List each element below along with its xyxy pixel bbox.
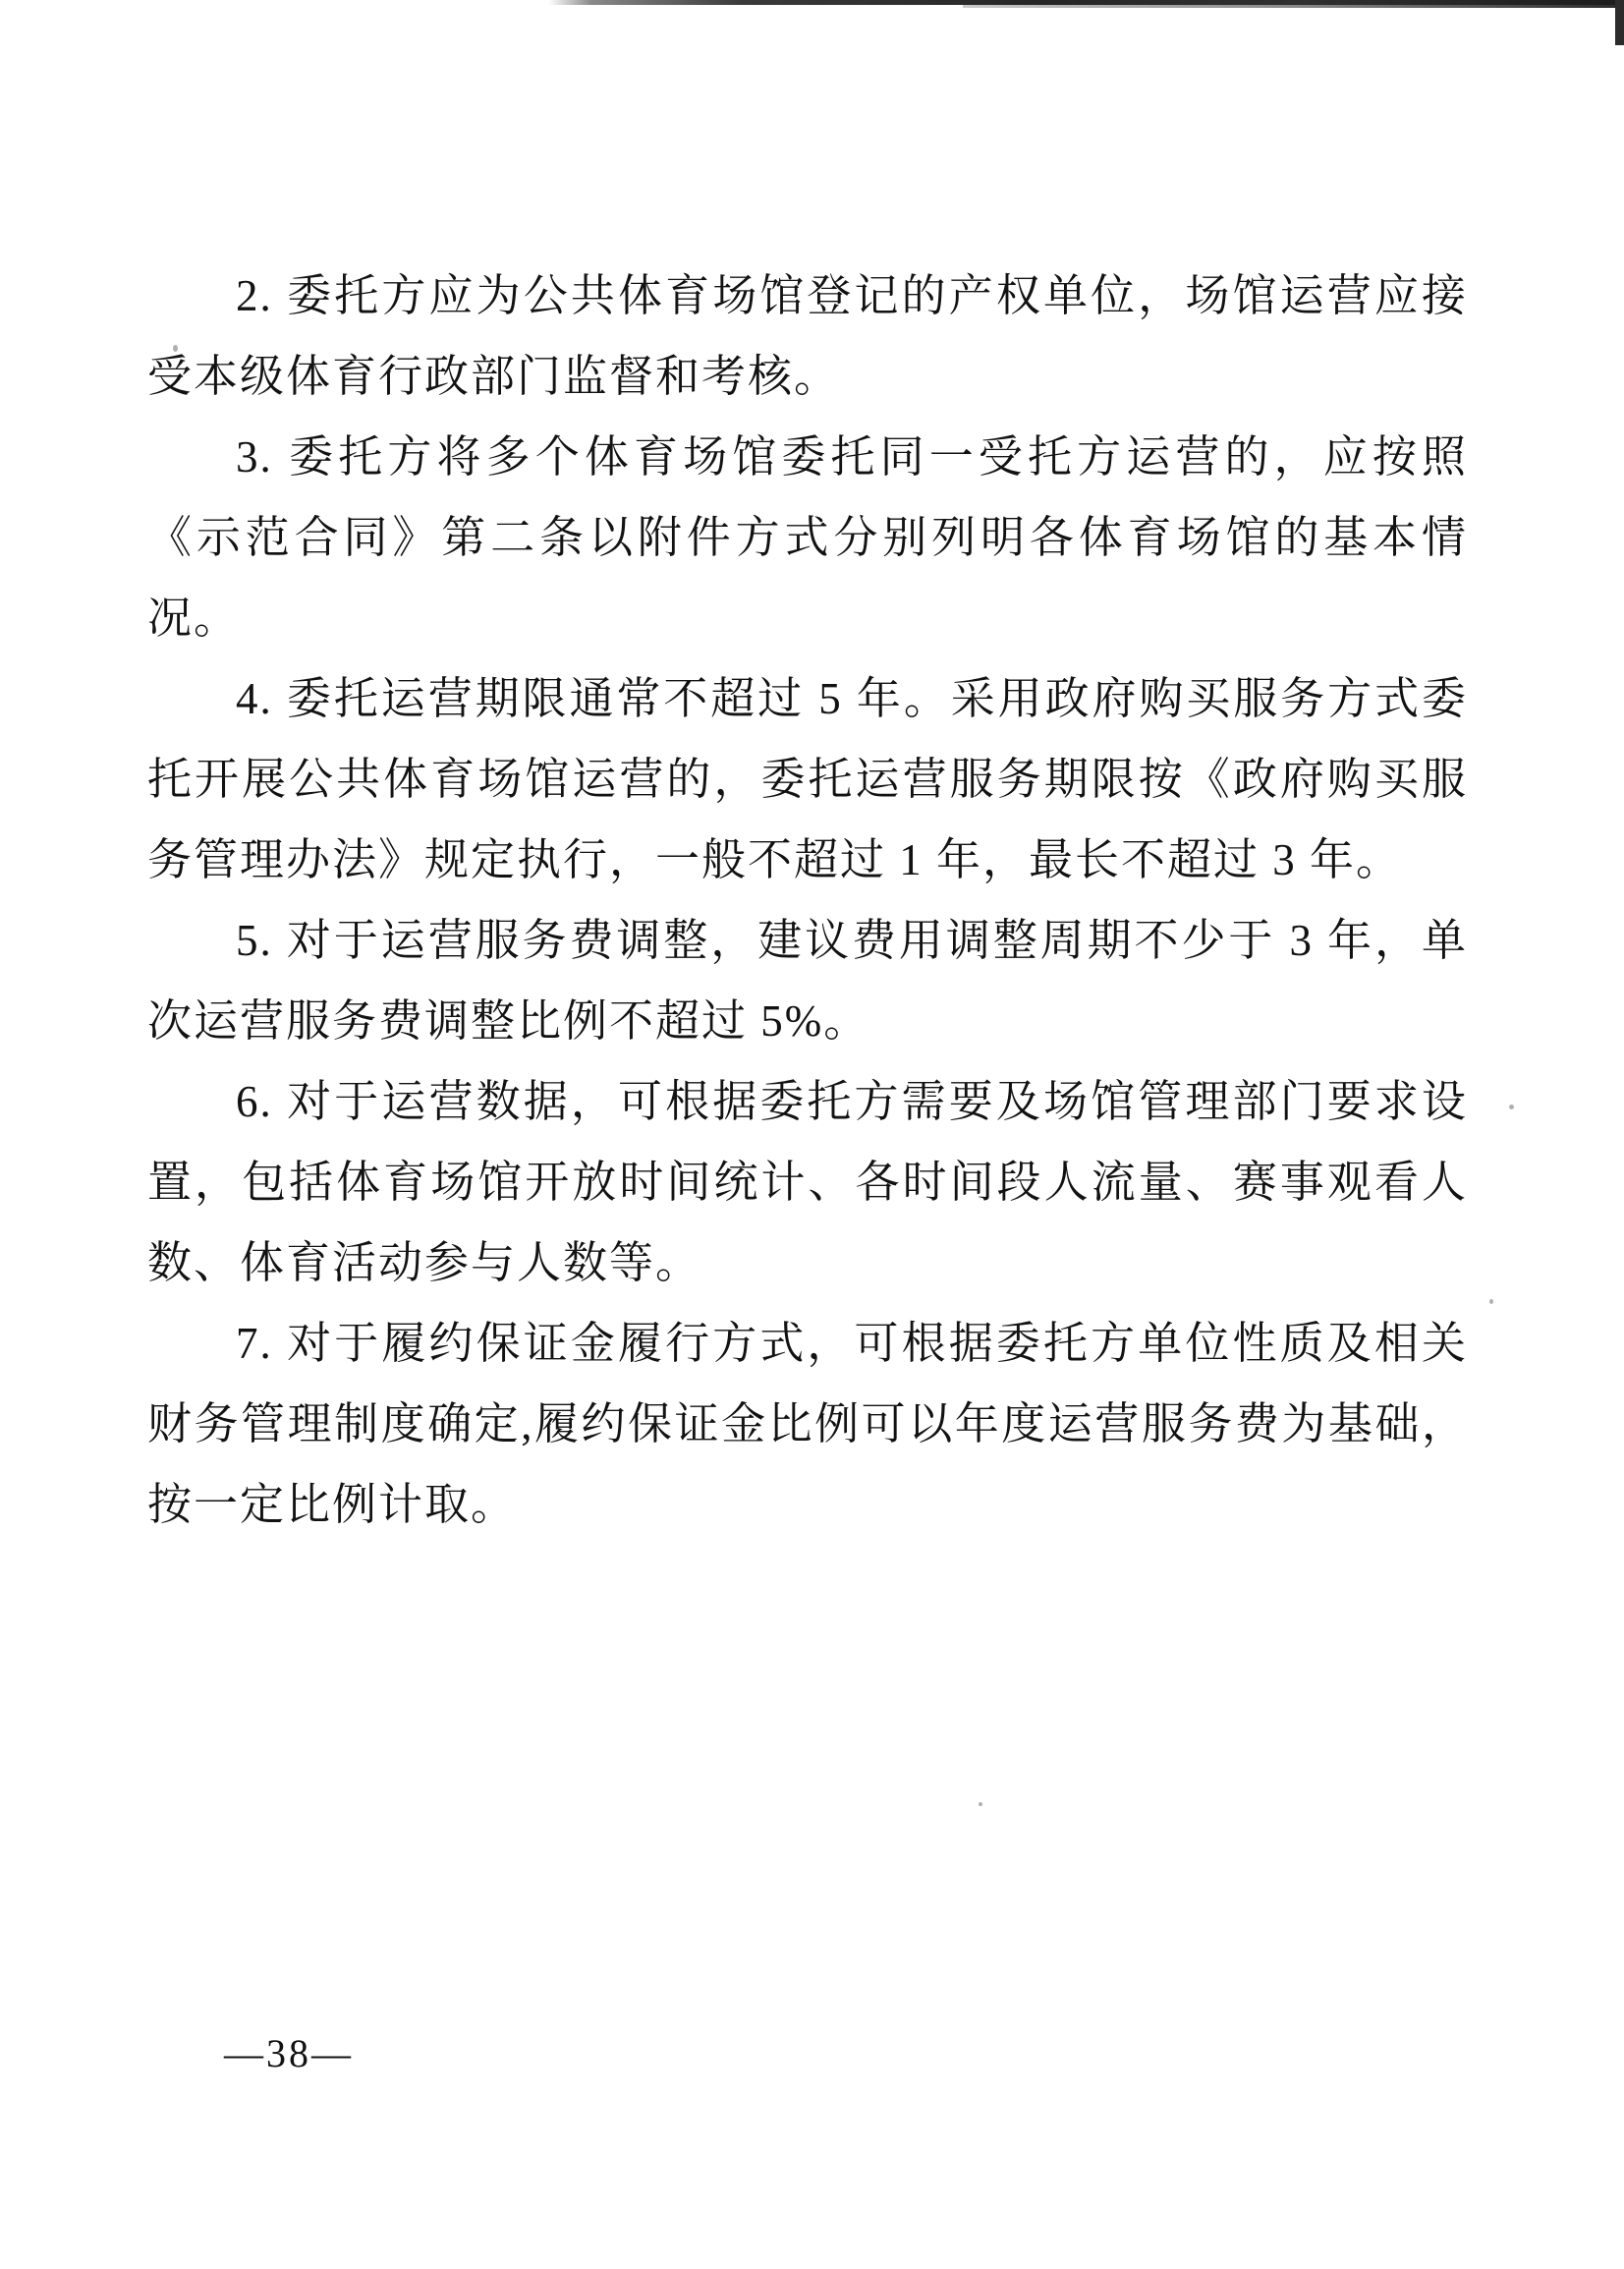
paragraph-clause-4: 4. 委托运营期限通常不超过 5 年。采用政府购买服务方式委托开展公共体育场馆运…	[147, 658, 1468, 900]
scan-artifact-top-right-corner	[1615, 0, 1624, 45]
scan-speck	[1509, 1105, 1514, 1109]
paragraph-clause-7: 7. 对于履约保证金履行方式，可根据委托方单位性质及相关财务管理制度确定,履约保…	[147, 1303, 1468, 1545]
page-number: —38—	[224, 2030, 354, 2076]
paragraph-clause-6: 6. 对于运营数据，可根据委托方需要及场馆管理部门要求设置，包括体育场馆开放时间…	[147, 1061, 1468, 1303]
paragraph-clause-2: 2. 委托方应为公共体育场馆登记的产权单位，场馆运营应接受本级体育行政部门监督和…	[147, 255, 1468, 417]
scan-artifact-top-line-secondary	[963, 5, 1624, 8]
document-page: 2. 委托方应为公共体育场馆登记的产权单位，场馆运营应接受本级体育行政部门监督和…	[0, 0, 1624, 2269]
body-text: 2. 委托方应为公共体育场馆登记的产权单位，场馆运营应接受本级体育行政部门监督和…	[147, 255, 1468, 1545]
paragraph-clause-5: 5. 对于运营服务费调整，建议费用调整周期不少于 3 年，单次运营服务费调整比例…	[147, 900, 1468, 1061]
paragraph-clause-3: 3. 委托方将多个体育场馆委托同一受托方运营的，应按照《示范合同》第二条以附件方…	[147, 417, 1468, 658]
scan-speck	[1489, 1299, 1493, 1304]
scan-speck	[979, 1802, 982, 1806]
